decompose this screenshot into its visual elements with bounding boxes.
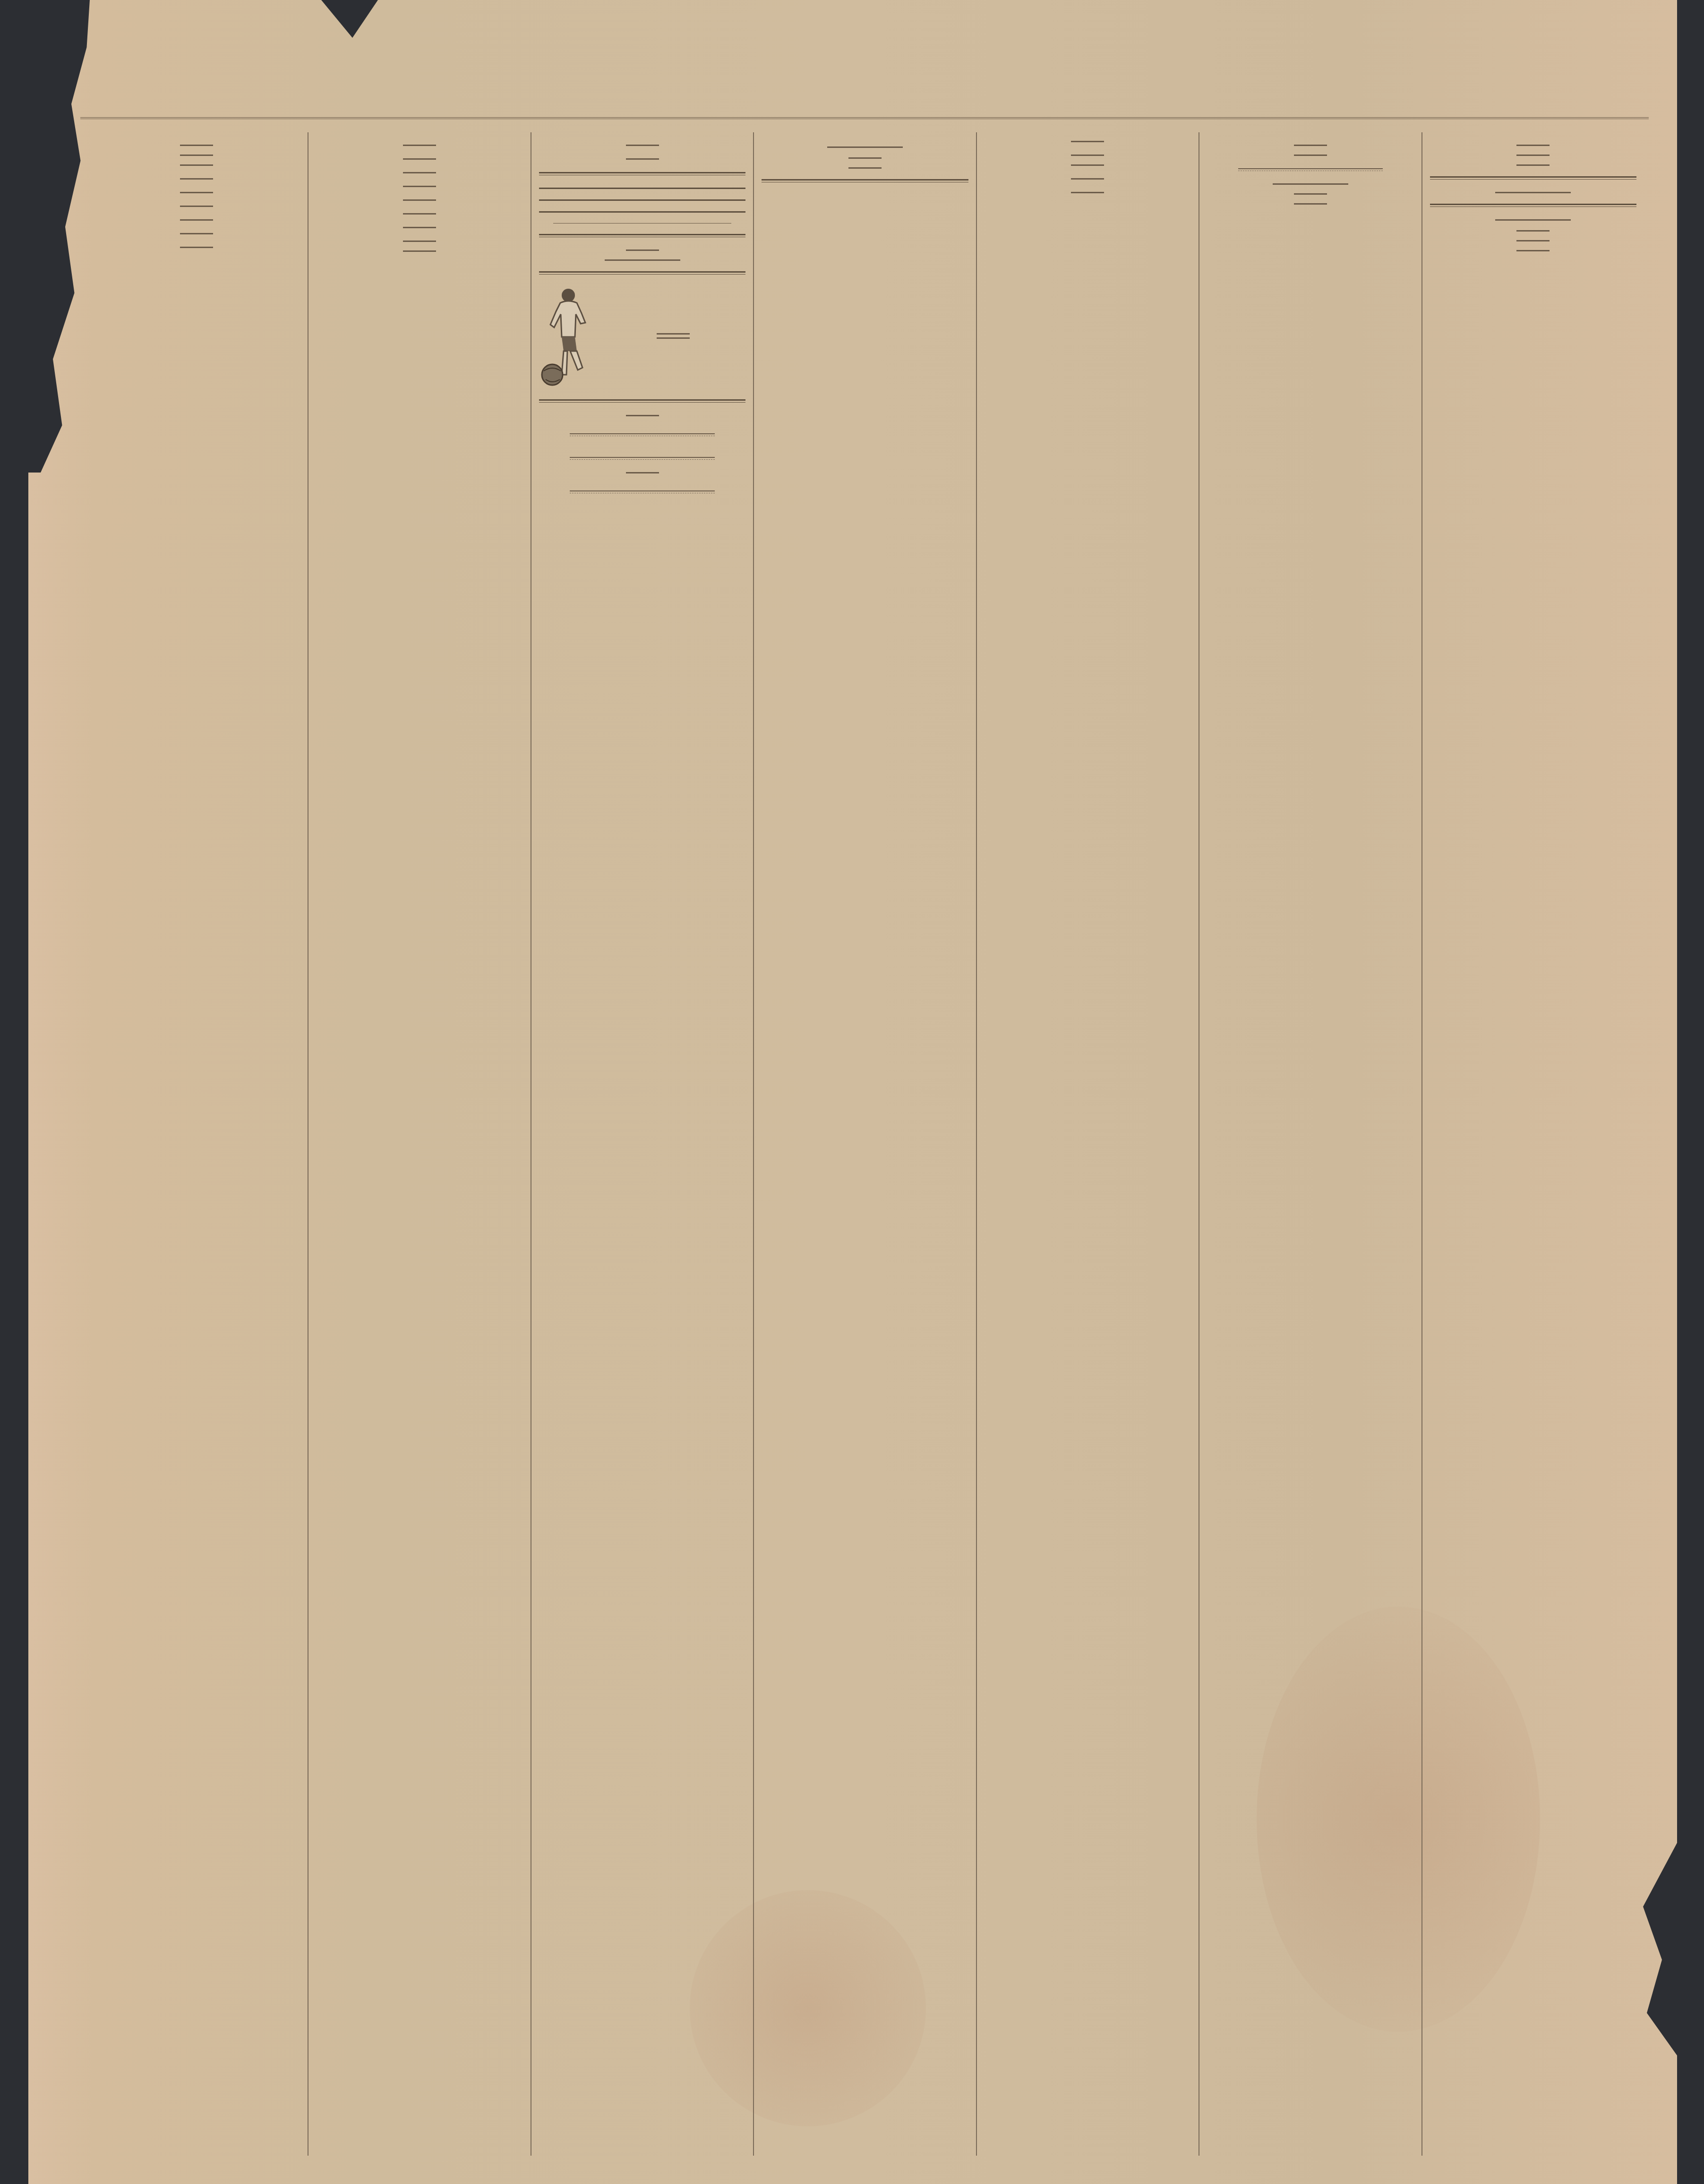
divider: [570, 490, 714, 493]
divider: [1273, 183, 1348, 185]
divider: [180, 219, 213, 221]
divider: [403, 186, 436, 187]
divider: [626, 472, 659, 473]
footballer-illustration-icon: [539, 285, 596, 389]
divider: [180, 145, 213, 146]
divider: [1516, 145, 1550, 146]
ad-text: [600, 330, 745, 344]
divider: [1071, 155, 1104, 156]
divider: [403, 145, 436, 146]
divider: [553, 223, 731, 224]
divider: [827, 146, 903, 148]
divider: [1294, 145, 1327, 146]
divider: [180, 192, 213, 193]
divider: [403, 227, 436, 228]
divider: [1294, 193, 1327, 195]
divider: [1495, 192, 1571, 193]
column-7: [1421, 132, 1644, 2156]
divider: [180, 247, 213, 248]
divider: [1495, 219, 1571, 221]
masthead-rule: [80, 117, 1649, 122]
ad-joe-anderson: [539, 285, 745, 389]
divider: [1294, 203, 1327, 205]
article-columns: [85, 132, 1644, 2156]
divider: [403, 250, 436, 252]
section-rule: [539, 399, 745, 403]
column-1: [85, 132, 308, 2156]
divider: [626, 249, 659, 251]
divider: [848, 157, 882, 159]
divider: [1238, 168, 1383, 171]
divider: [180, 178, 213, 180]
divider: [180, 164, 213, 166]
column-3: [531, 132, 753, 2156]
divider: [1071, 164, 1104, 166]
column-5: [976, 132, 1199, 2156]
newspaper-page: [28, 0, 1677, 2184]
divider: [1516, 240, 1550, 241]
torn-edge-top: [321, 0, 378, 38]
divider: [1071, 141, 1104, 142]
section-rule: [539, 172, 745, 175]
column-4: [753, 132, 976, 2156]
section-rule: [762, 179, 968, 182]
divider: [1516, 230, 1550, 232]
divider: [570, 457, 714, 460]
section-rule: [539, 271, 745, 275]
section-rule: [1430, 176, 1636, 180]
divider: [403, 241, 436, 242]
divider: [626, 415, 659, 416]
divider: [1071, 192, 1104, 193]
divider: [1516, 164, 1550, 166]
section-rule: [539, 188, 745, 189]
section-rule: [539, 199, 745, 201]
divider: [403, 158, 436, 160]
divider: [403, 213, 436, 215]
divider: [570, 433, 714, 436]
divider: [1294, 155, 1327, 156]
divider: [657, 337, 690, 339]
section-rule: [539, 234, 745, 237]
divider: [1071, 178, 1104, 180]
divider: [180, 155, 213, 156]
divider: [1516, 155, 1550, 156]
masthead: [28, 66, 1677, 109]
section-rule: [539, 211, 745, 213]
column-6: [1199, 132, 1421, 2156]
divider: [1516, 250, 1550, 251]
divider: [605, 259, 680, 261]
divider: [180, 233, 213, 234]
divider: [657, 333, 690, 335]
divider: [626, 158, 659, 160]
torn-edge-right: [1639, 1843, 1677, 2055]
divider: [626, 145, 659, 146]
column-2: [308, 132, 530, 2156]
divider: [403, 172, 436, 173]
divider: [848, 167, 882, 169]
divider: [403, 199, 436, 201]
section-rule: [1430, 204, 1636, 207]
divider: [180, 206, 213, 207]
